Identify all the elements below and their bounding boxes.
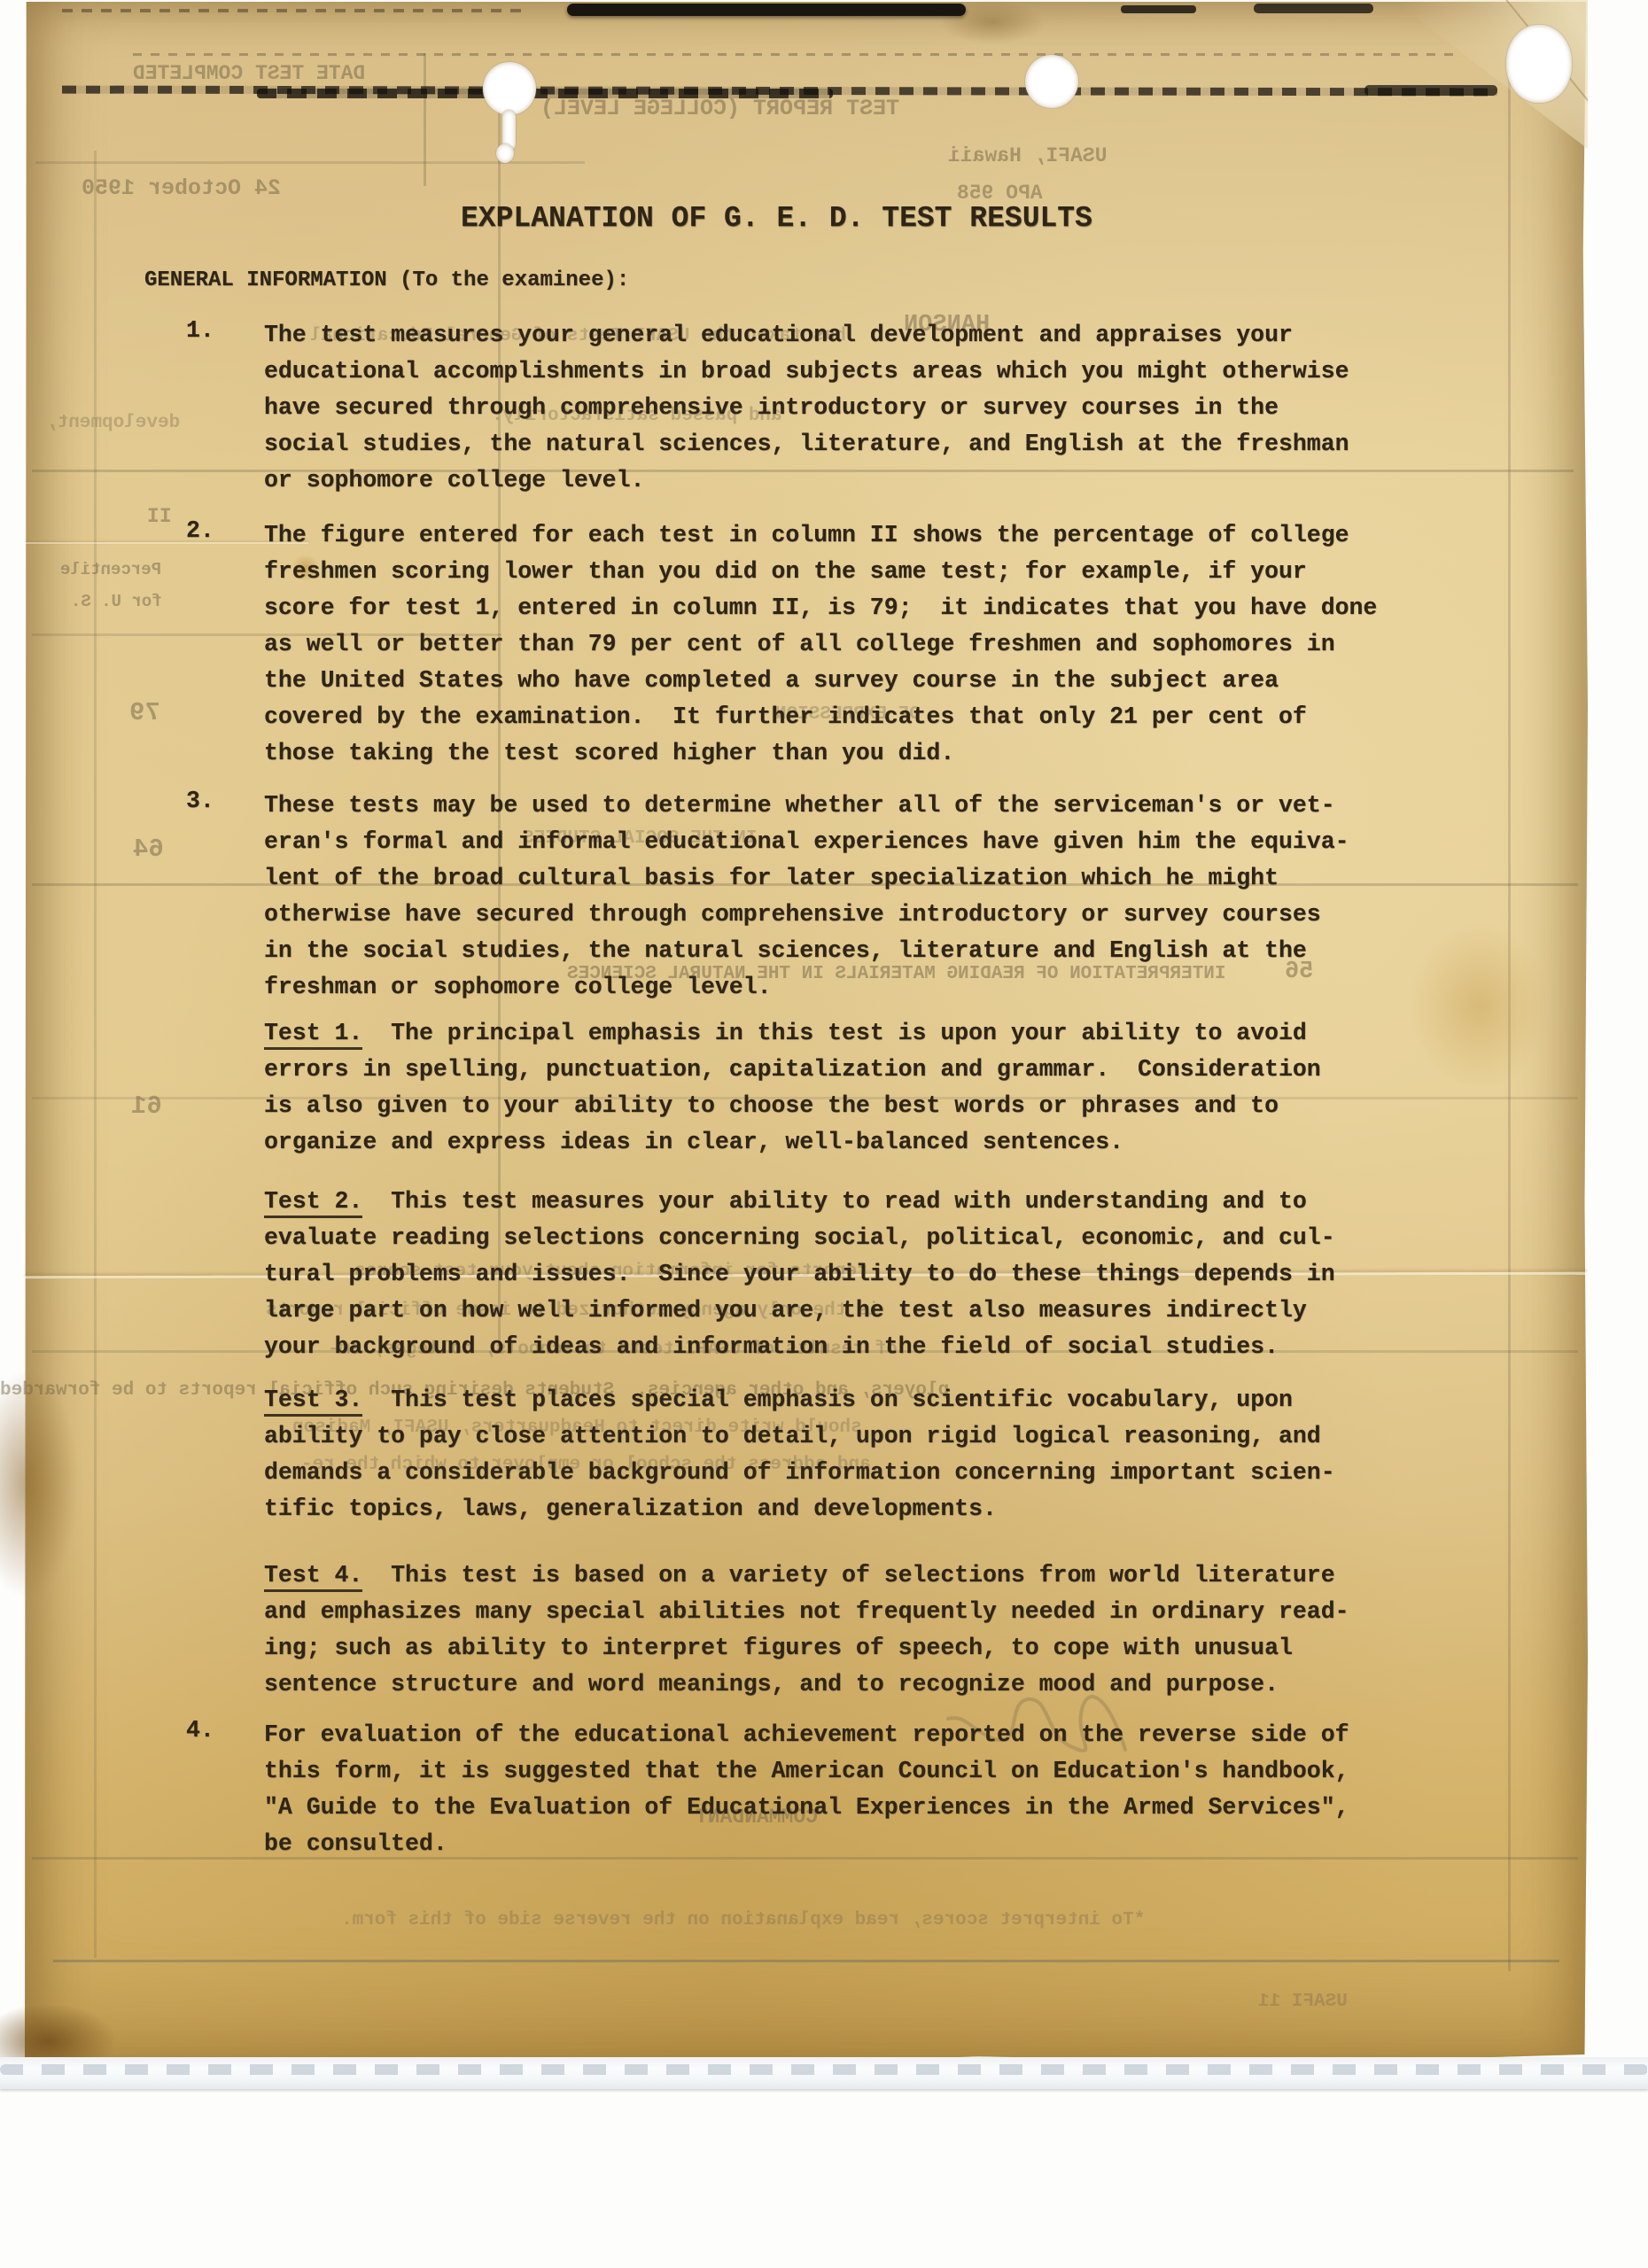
- test-3-paragraph: Test 3. This test places special emphasi…: [264, 1382, 1335, 1527]
- toner-streak: [133, 53, 1462, 56]
- item-text-3: These tests may be used to determine whe…: [264, 788, 1349, 1006]
- toner-streak: [567, 4, 966, 16]
- test-2-label: Test 2.: [264, 1188, 362, 1218]
- item-text-2: The figure entered for each test in colu…: [264, 517, 1377, 772]
- test-4-label: Test 4.: [264, 1562, 362, 1592]
- test-4-paragraph: Test 4. This test is based on a variety …: [264, 1557, 1349, 1703]
- punch-hole-tear: [496, 144, 514, 163]
- scanner-margin-bottom: [0, 2084, 1648, 2268]
- toner-streak: [1254, 4, 1373, 13]
- toner-streak: [1364, 85, 1497, 96]
- item-number-3: 3.: [186, 788, 214, 814]
- toner-streak: [62, 9, 523, 12]
- sheet-protector-edge: [0, 2057, 1648, 2089]
- scanned-document-page: DATE TEST COMPLETED TEST REPORT (COLLEGE…: [0, 0, 1648, 2268]
- section-heading: GENERAL INFORMATION (To the examinee):: [144, 268, 629, 292]
- test-4-text: This test is based on a variety of selec…: [264, 1562, 1349, 1697]
- toner-streak: [257, 89, 833, 98]
- punch-hole: [1025, 55, 1078, 108]
- item-number-1: 1.: [186, 317, 214, 344]
- typed-content: EXPLANATION OF G. E. D. TEST RESULTS GEN…: [0, 0, 1648, 2268]
- item-text-1: The test measures your general education…: [264, 317, 1349, 499]
- item-text-4: For evaluation of the educational achiev…: [264, 1717, 1349, 1862]
- punch-hole-torn-edge: [1506, 25, 1572, 103]
- test-3-text: This test places special emphasis on sci…: [264, 1386, 1335, 1522]
- page-title: EXPLANATION OF G. E. D. TEST RESULTS: [461, 202, 1092, 235]
- test-2-text: This test measures your ability to read …: [264, 1188, 1335, 1360]
- toner-streak: [1121, 5, 1196, 13]
- punch-hole: [483, 62, 536, 115]
- test-3-label: Test 3.: [264, 1386, 362, 1417]
- item-number-4: 4.: [186, 1717, 214, 1744]
- item-number-2: 2.: [186, 517, 214, 544]
- test-1-text: The principal emphasis in this test is u…: [264, 1020, 1321, 1155]
- scanner-margin-right: [1588, 0, 1648, 2268]
- test-2-paragraph: Test 2. This test measures your ability …: [264, 1184, 1335, 1365]
- perforation-dashes: [0, 2064, 1648, 2075]
- test-1-paragraph: Test 1. The principal emphasis in this t…: [264, 1015, 1321, 1161]
- test-1-label: Test 1.: [264, 1020, 362, 1050]
